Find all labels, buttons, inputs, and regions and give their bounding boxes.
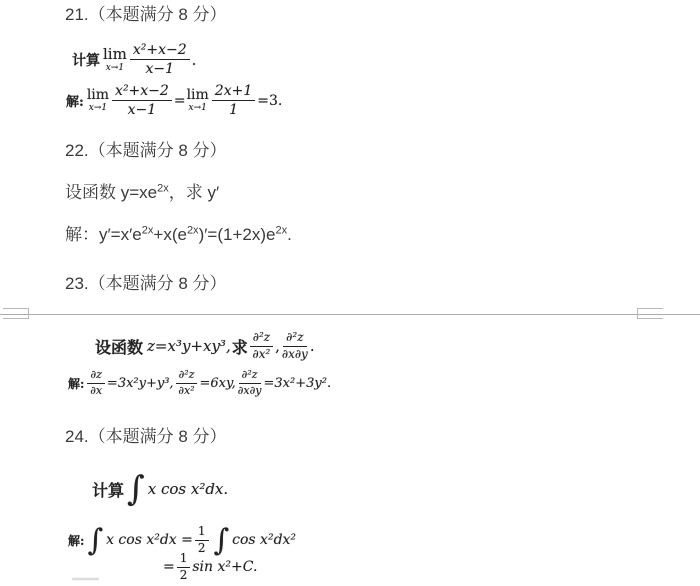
fraction: ∂z ∂x — [87, 369, 104, 397]
fraction: ∂²z ∂x² — [176, 369, 198, 397]
problem-21-header: 21.（本题满分 8 分） — [65, 3, 227, 26]
fraction: 1 2 — [177, 552, 191, 583]
expression: z=x³y+xy³, — [147, 337, 231, 355]
scan-artifact — [72, 578, 99, 580]
expression: sin x²+C. — [192, 559, 257, 575]
superscript: 2x — [157, 182, 169, 194]
fraction-numerator: ∂²z — [283, 331, 306, 347]
expression: =6xy, — [199, 376, 235, 391]
equals-sign: = — [163, 559, 175, 575]
limit-label: lim — [87, 88, 109, 102]
page-edge-marker-left — [3, 308, 29, 319]
problem-23-question-prefix: 设函数 — [95, 335, 143, 358]
problem-23-solution-prefix: 解: — [68, 375, 84, 392]
fraction-denominator: 1 — [229, 101, 238, 118]
fraction-numerator: ∂²z — [176, 369, 198, 384]
fraction-numerator: 2x+1 — [212, 83, 255, 101]
text-segment: . — [287, 225, 292, 244]
fraction-denominator: ∂x — [90, 384, 102, 398]
expression: =3x²y+y³, — [107, 376, 174, 391]
problem-23-solution-formula: 解: ∂z ∂x =3x²y+y³, ∂²z ∂x² =6xy, ∂²z ∂x∂… — [68, 369, 331, 397]
problem-23-header: 23.（本题满分 8 分） — [65, 272, 227, 295]
fraction-numerator: 1 — [177, 552, 191, 568]
formula-tail: . — [310, 337, 315, 355]
expression: =3x²+3y². — [264, 376, 332, 391]
text-segment: 设函数 y=xe — [65, 183, 157, 202]
superscript: 2x — [275, 224, 287, 236]
limit-label: lim — [103, 47, 127, 62]
formula-result: =3. — [257, 93, 282, 109]
problem-21-question-formula: 计算 lim x→1 x²+x−2 x−1 . — [72, 42, 196, 77]
problem-24-question-prefix: 计算 — [92, 478, 124, 501]
expression: x cos x²dx. — [148, 480, 228, 498]
page-edge-marker-right — [637, 308, 663, 319]
fraction: ∂²z ∂x∂y — [282, 331, 308, 362]
problem-23-question-formula: 设函数 z=x³y+xy³, 求 ∂²z ∂x² , ∂²z ∂x∂y . — [95, 331, 315, 362]
text-segment: ，求 y′ — [169, 183, 219, 202]
document-page: 21.（本题满分 8 分） 计算 lim x→1 x²+x−2 x−1 . 解:… — [0, 0, 700, 586]
limit-subscript: x→1 — [189, 104, 207, 113]
problem-22-solution-text: 解：y′=x′e2x+x(e2x)′=(1+2x)e2x. — [65, 223, 292, 246]
fraction-numerator: 1 — [195, 525, 209, 541]
limit-operator: lim x→1 — [187, 88, 209, 113]
problem-24-solution-prefix: 解: — [68, 532, 84, 549]
fraction-denominator: ∂x∂y — [238, 384, 262, 398]
problem-21-solution-prefix: 解: — [66, 91, 84, 110]
limit-operator: lim x→1 — [87, 88, 109, 113]
fraction-denominator: ∂x² — [253, 347, 271, 362]
page-break-line — [0, 314, 700, 315]
problem-24-question-formula: 计算 ∫ x cos x²dx. — [92, 467, 228, 511]
fraction-denominator: ∂x∂y — [282, 347, 308, 362]
fraction-denominator: x−1 — [145, 60, 174, 77]
fraction: 2x+1 1 — [212, 83, 255, 118]
fraction-denominator: 2 — [180, 568, 188, 583]
text-segment: 解：y′=x′e — [65, 225, 142, 244]
integral-sign: ∫ — [214, 527, 230, 554]
problem-21-solution-formula: 解: lim x→1 x²+x−2 x−1 = lim x→1 2x+1 1 =… — [66, 83, 282, 118]
superscript: 2x — [187, 224, 199, 236]
problem-24-solution-line-2: = 1 2 sin x²+C. — [163, 552, 257, 582]
integral-sign: ∫ — [87, 527, 103, 554]
superscript: 2x — [142, 224, 154, 236]
fraction: ∂²z ∂x² — [250, 331, 273, 362]
limit-operator: lim x→1 — [103, 47, 127, 73]
fraction-numerator: ∂z — [87, 369, 104, 384]
fraction-numerator: ∂²z — [239, 369, 261, 384]
integral-sign: ∫ — [127, 474, 145, 505]
fraction-numerator: ∂²z — [250, 331, 273, 347]
limit-subscript: x→1 — [89, 104, 107, 113]
limit-label: lim — [187, 88, 209, 102]
fraction: x²+x−2 x−1 — [112, 83, 172, 118]
comma: , — [275, 337, 280, 355]
fraction-denominator: x−1 — [128, 101, 157, 118]
fraction-numerator: x²+x−2 — [112, 83, 172, 101]
fraction-denominator: ∂x² — [178, 384, 194, 398]
problem-22-question-text: 设函数 y=xe2x，求 y′ — [65, 181, 219, 204]
equals-sign: = — [174, 93, 186, 109]
text-segment: )′=(1+2x)e — [199, 225, 276, 244]
fraction: x²+x−2 x−1 — [130, 42, 190, 77]
text-segment: +x(e — [153, 225, 187, 244]
limit-subscript: x→1 — [106, 64, 124, 73]
expression: x cos x²dx = — [106, 532, 193, 548]
problem-24-header: 24.（本题满分 8 分） — [65, 425, 227, 448]
fraction-numerator: x²+x−2 — [130, 42, 190, 60]
fraction: ∂²z ∂x∂y — [238, 369, 262, 397]
fraction: 1 2 — [195, 525, 209, 556]
problem-21-question-prefix: 计算 — [72, 50, 100, 70]
problem-22-header: 22.（本题满分 8 分） — [65, 139, 227, 162]
formula-tail: . — [192, 51, 197, 69]
expression: cos x²dx² — [232, 532, 296, 548]
cjk-word: 求 — [232, 335, 248, 358]
